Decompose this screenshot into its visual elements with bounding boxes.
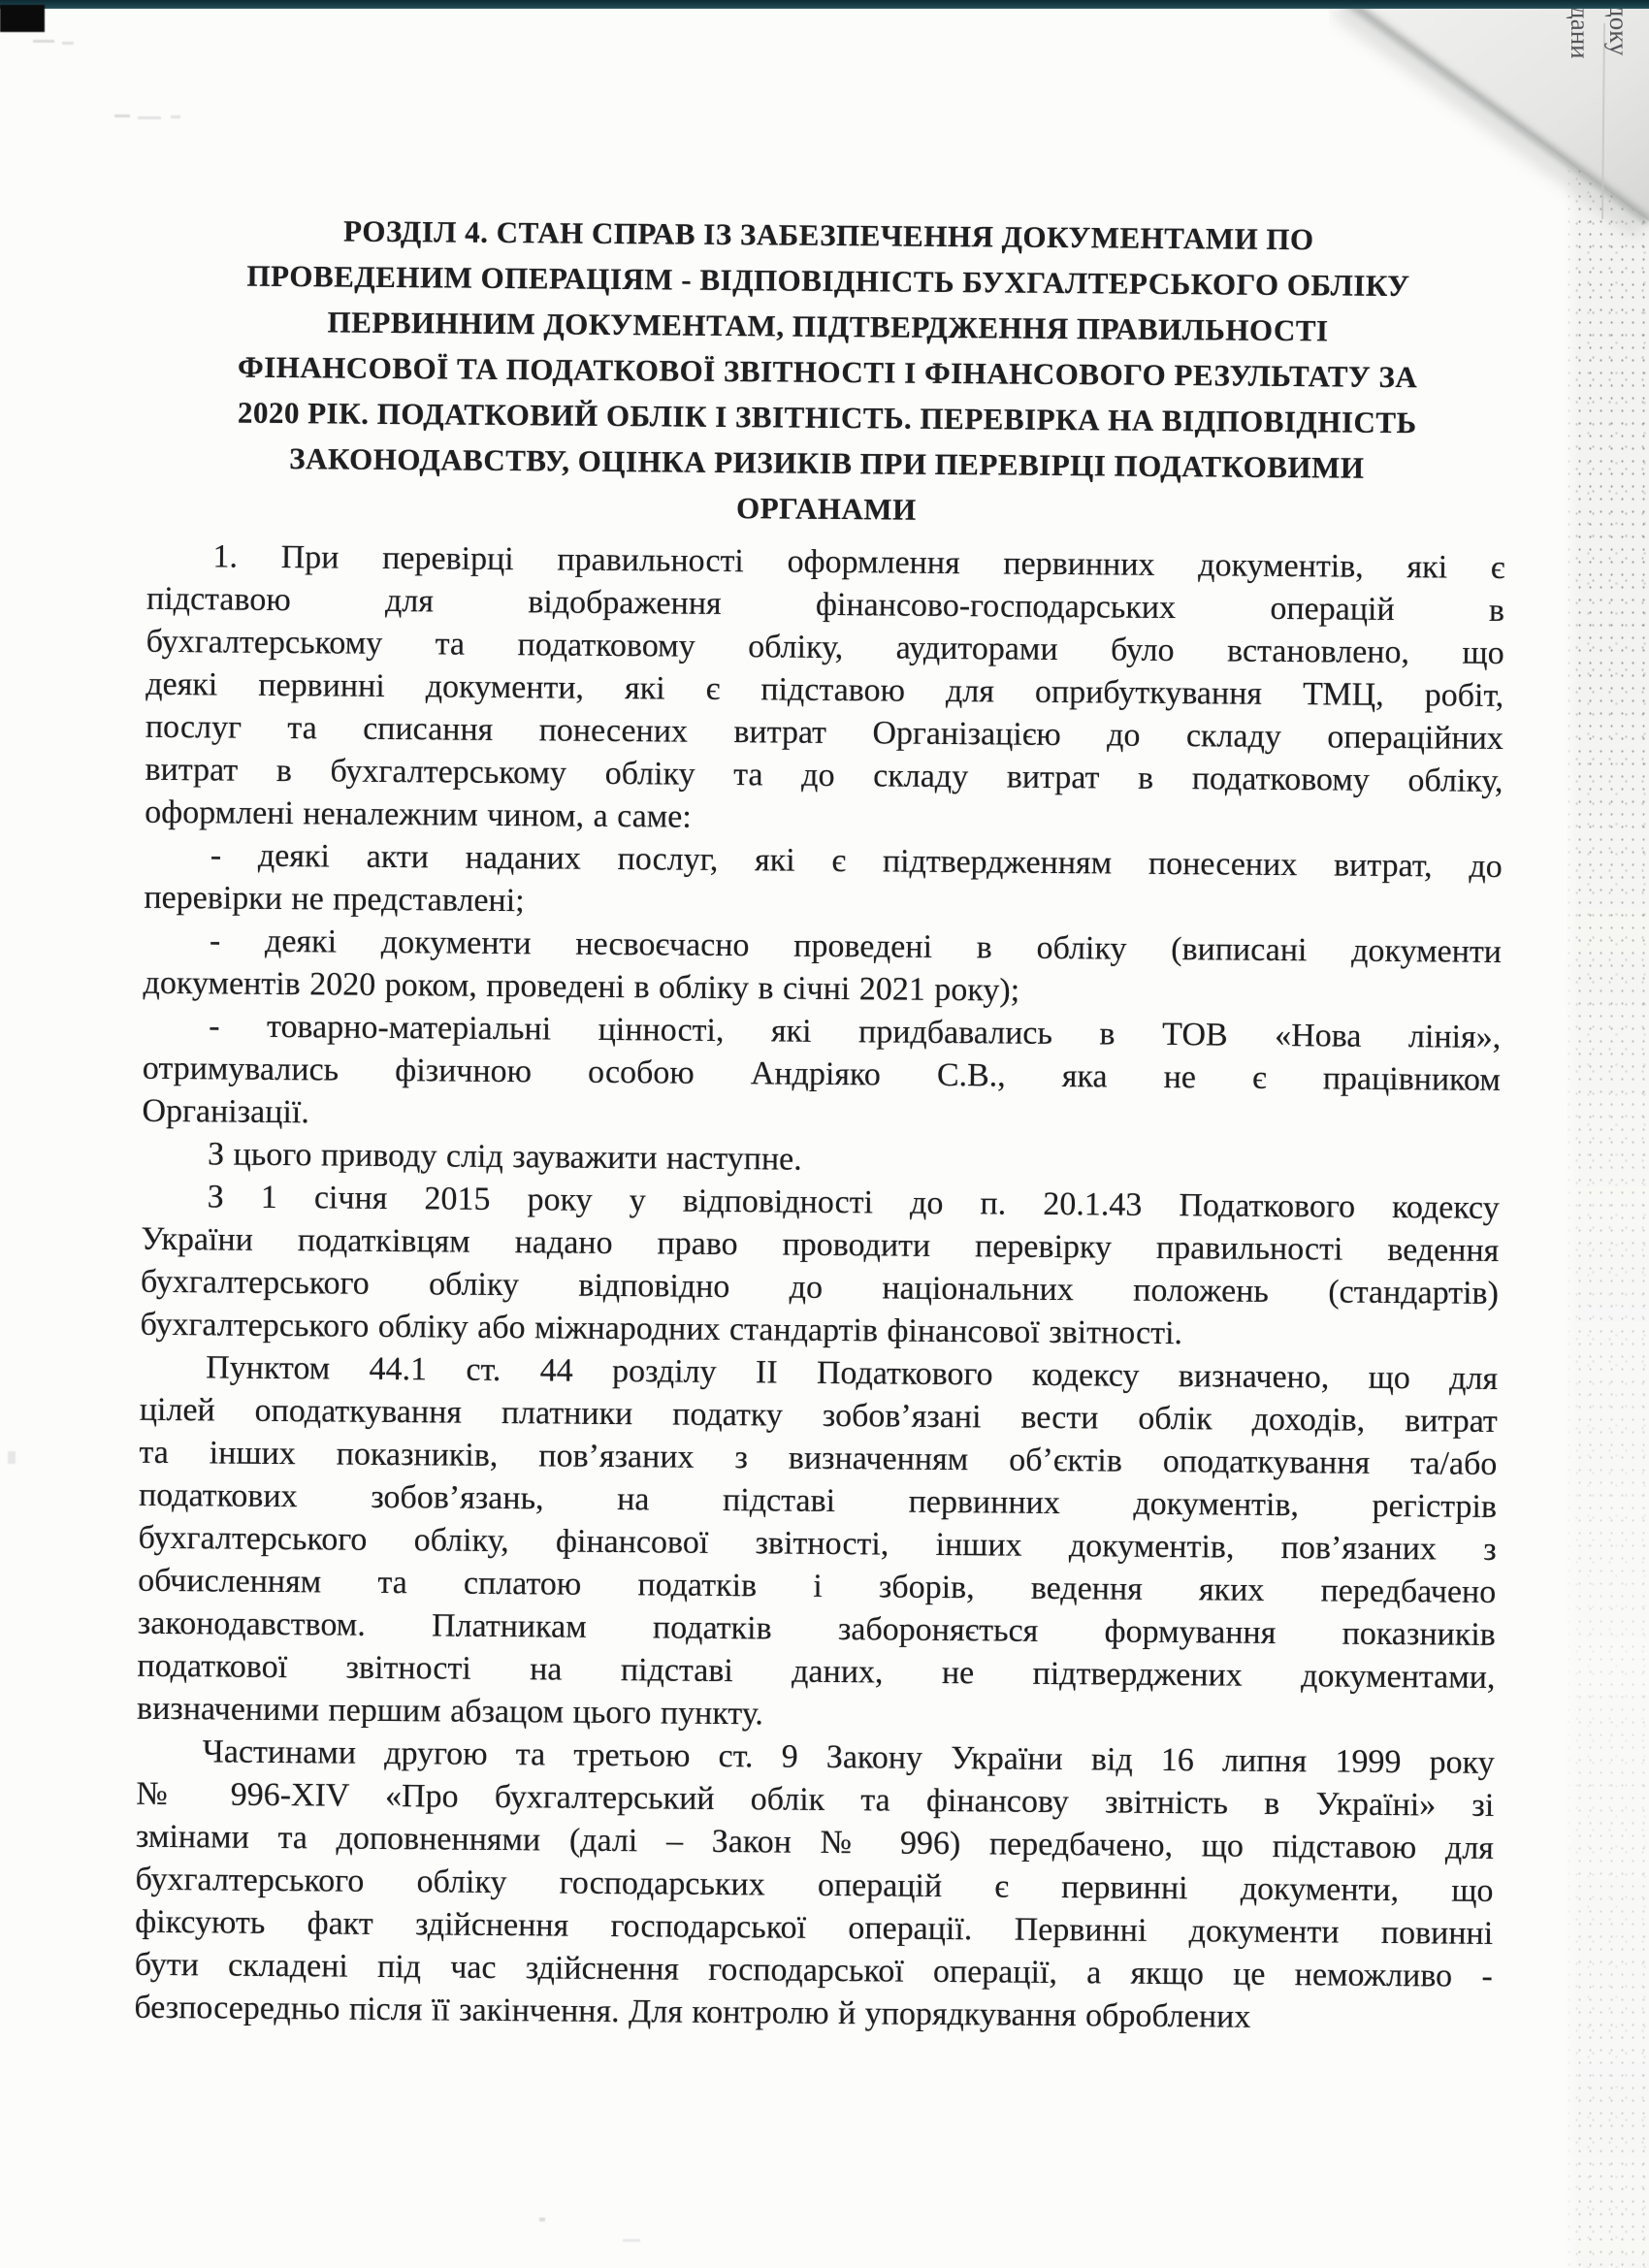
scanned-page: дани доку РОЗДІЛ 4. СТАН СПРАВ ІЗ ЗАБЕЗП… bbox=[0, 0, 1649, 2268]
scan-artifact bbox=[539, 2218, 545, 2221]
scan-artifact bbox=[8, 1451, 16, 1464]
scan-artifact bbox=[171, 115, 180, 118]
scan-noise-band bbox=[1564, 114, 1649, 2268]
scan-artifact bbox=[33, 40, 54, 43]
paragraph: - деякі акти наданих послуг, які є підтв… bbox=[144, 834, 1503, 931]
paragraph: - деякі документи несвоєчасно проведені … bbox=[143, 920, 1502, 1017]
scan-artifact bbox=[62, 42, 74, 45]
page-corner-fold: дани доку bbox=[1329, 0, 1649, 252]
paragraph: - товарно-матеріальні цінності, які прид… bbox=[142, 1005, 1501, 1145]
paragraph: 1. При перевірці правильності оформлення… bbox=[145, 535, 1505, 846]
scan-artifact bbox=[114, 114, 130, 117]
document-body: 1. При перевірці правильності оформлення… bbox=[134, 535, 1504, 2041]
scan-artifact bbox=[138, 116, 161, 119]
vertical-text: доку bbox=[1604, 4, 1633, 56]
scan-artifact-block bbox=[0, 5, 45, 32]
scan-artifact bbox=[623, 2239, 640, 2242]
vertical-text: дани bbox=[1566, 6, 1595, 59]
scanner-edge-bar bbox=[0, 0, 1649, 9]
paragraph: Частинами другою та третьою ст. 9 Закону… bbox=[134, 1731, 1495, 2041]
document-content: РОЗДІЛ 4. СТАН СПРАВ ІЗ ЗАБЕЗПЕЧЕННЯ ДОК… bbox=[134, 207, 1507, 2041]
paragraph: З 1 січня 2015 року у відповідності до п… bbox=[140, 1176, 1499, 1358]
section-heading: РОЗДІЛ 4. СТАН СПРАВ ІЗ ЗАБЕЗПЕЧЕННЯ ДОК… bbox=[147, 207, 1508, 537]
paragraph: Пунктом 44.1 ст. 44 розділу ІІ Податково… bbox=[137, 1346, 1498, 1742]
